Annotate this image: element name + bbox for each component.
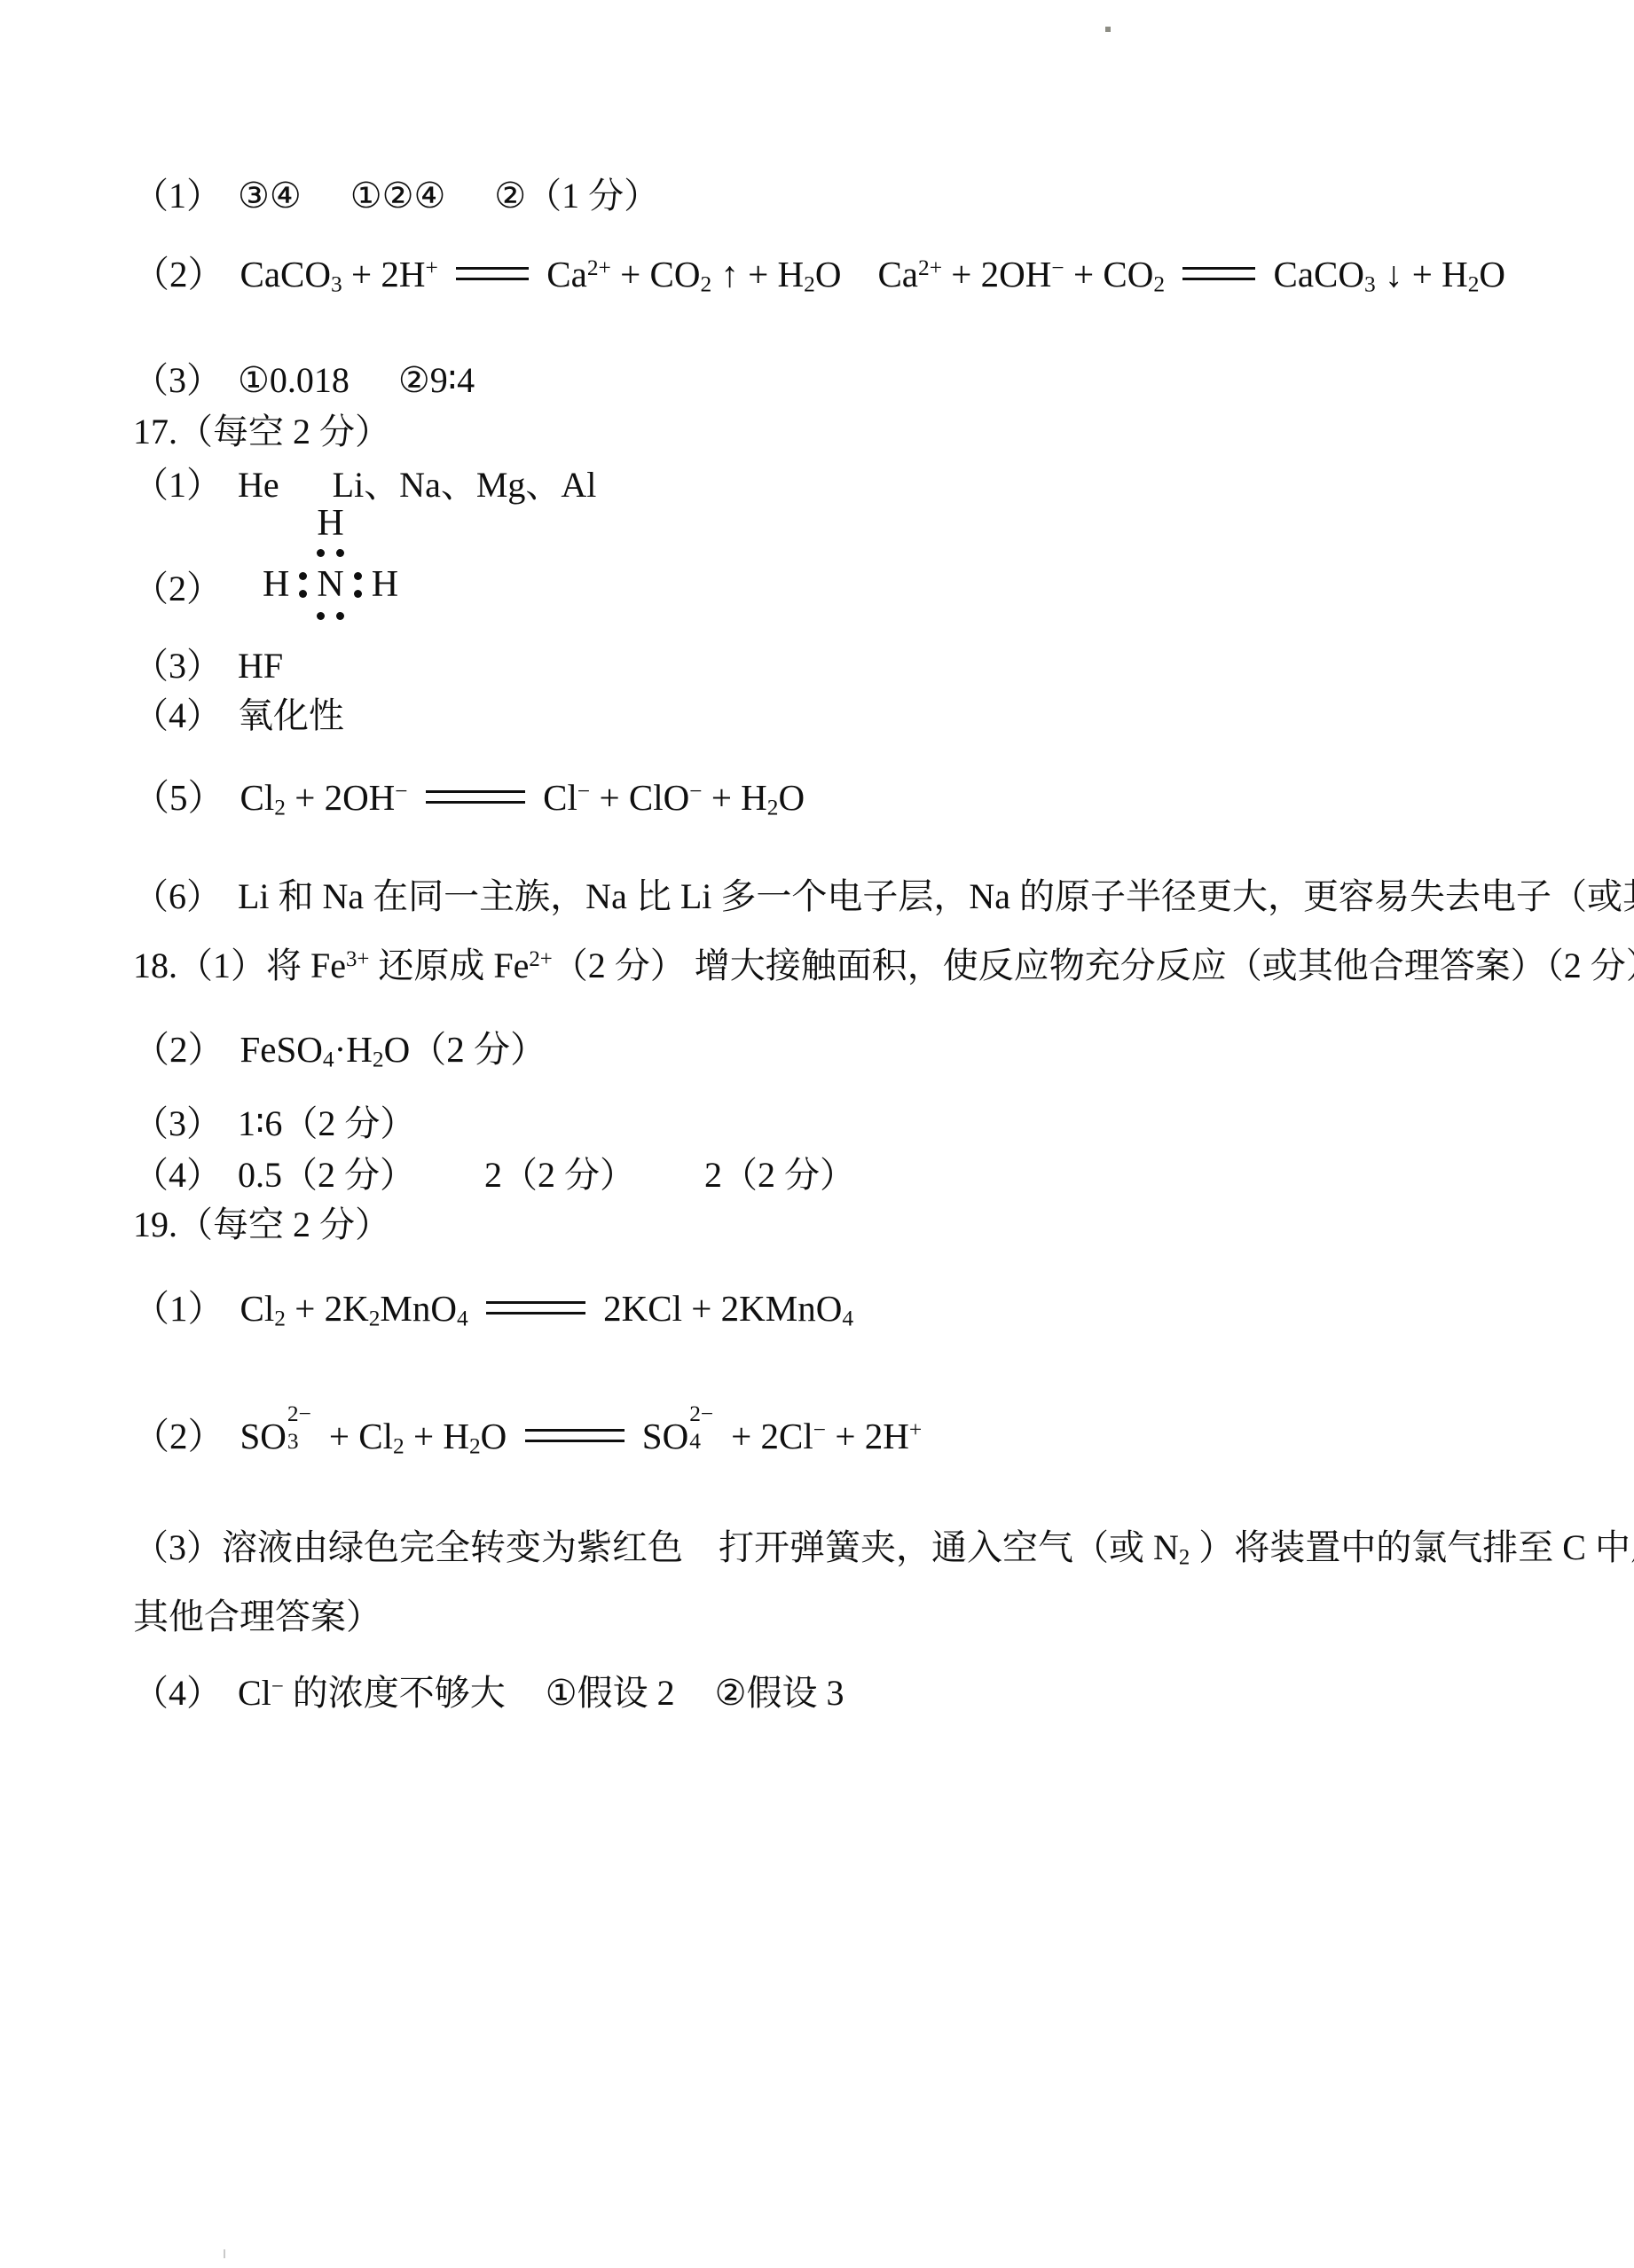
answer-part: Li、Na、Mg、Al xyxy=(333,463,597,507)
item-label: （2） xyxy=(133,571,222,607)
ans-17-3: （3）HF xyxy=(133,644,283,688)
ans-18-4: （4）0.5（2 分）2（2 分）2（2 分） xyxy=(133,1153,855,1197)
item-label: （1） xyxy=(133,465,222,505)
item-label: （4） xyxy=(133,695,222,735)
answer-part: 2（2 分） xyxy=(704,1153,855,1197)
lewis-structure-nh3: H H N H xyxy=(263,502,398,624)
ans-16-3: （3）①0.018②9∶4 xyxy=(133,358,475,403)
chemical-equation: CaCO3 + 2H+ Ca2+ + CO2 ↑ + H2O Ca2+ + 2O… xyxy=(240,254,1506,294)
chemical-equation: Cl2 + 2K2MnO4 2KCl + 2KMnO4 xyxy=(240,1288,854,1329)
item-label: （1） xyxy=(133,176,222,216)
ans-18-3: （3）1∶6（2 分） xyxy=(133,1102,415,1146)
item-label: （3） xyxy=(133,1103,222,1143)
heading-19: 19.（每空 2 分） xyxy=(133,1203,390,1247)
lewis-right-atom: H xyxy=(372,566,398,603)
ans-17-4: （4）氧化性 xyxy=(133,694,344,738)
ans-19-3-line2: 其他合理答案） xyxy=(133,1595,381,1639)
lone-pair-dots-bottom-icon xyxy=(317,612,344,620)
answer-text: （3）溶液由绿色完全转变为紫红色 打开弹簧夹，通入空气（或 N2 ）将装置中的氯… xyxy=(133,1527,1634,1567)
answer-part: ②假设 3 xyxy=(715,1671,844,1715)
item-label: （2） xyxy=(133,254,224,294)
answer-part: ①0.018 xyxy=(238,358,350,403)
ans-17-6: （6）Li 和 Na 在同一主族，Na 比 Li 多一个电子层，Na 的原子半径… xyxy=(133,875,1634,919)
ans-17-5-equation: （5）Cl2 + 2OH− Cl− + ClO− + H2O xyxy=(133,775,805,820)
answer-part: ②（1 分） xyxy=(494,174,659,218)
lewis-center-atom: N xyxy=(317,566,343,603)
ans-17-1: （1）HeLi、Na、Mg、Al xyxy=(133,463,596,507)
answer-part: 2（2 分） xyxy=(484,1153,635,1197)
answer-text: Li 和 Na 在同一主族，Na 比 Li 多一个电子层，Na 的原子半径更大，… xyxy=(238,876,1634,916)
item-label: （2） xyxy=(133,1029,224,1070)
answer-part: 0.5（2 分） xyxy=(238,1153,415,1197)
ans-18-2: （2）FeSO4·H2O（2 分） xyxy=(133,1027,546,1072)
scan-artifact-dot xyxy=(1105,27,1111,32)
item-label: （2） xyxy=(133,1416,224,1456)
double-line-equals-icon xyxy=(1182,267,1255,280)
item-label: （4） xyxy=(133,1673,222,1713)
answer-part: ①假设 2 xyxy=(546,1671,675,1715)
ans-17-2-lewis-structure: （2） H H N H xyxy=(133,502,398,624)
chemical-formula: FeSO4·H2O（2 分） xyxy=(240,1029,546,1070)
item-label: （4） xyxy=(133,1155,222,1195)
answer-part: ②9∶4 xyxy=(398,358,475,403)
ans-19-3-line1: （3）溶液由绿色完全转变为紫红色 打开弹簧夹，通入空气（或 N2 ）将装置中的氯… xyxy=(133,1526,1634,1570)
ans-19-1-equation: （1）Cl2 + 2K2MnO4 2KCl + 2KMnO4 xyxy=(133,1286,853,1331)
question-number: 17.（每空 2 分） xyxy=(133,412,390,451)
chemical-equation: Cl2 + 2OH− Cl− + ClO− + H2O xyxy=(240,777,805,818)
answer-part: Cl− 的浓度不够大 xyxy=(238,1671,506,1715)
answer-part: ③④ xyxy=(238,174,302,218)
answer-text: 18.（1）将 Fe3+ 还原成 Fe2+（2 分） 增大接触面积，使反应物充分… xyxy=(133,946,1634,985)
ans-16-1: （1）③④①②④②（1 分） xyxy=(133,174,659,218)
item-label: （6） xyxy=(133,876,222,916)
bond-pair-dots-left-icon xyxy=(299,572,307,598)
answer-sheet-page: （1）③④①②④②（1 分） （2）CaCO3 + 2H+ Ca2+ + CO2… xyxy=(0,0,1634,2268)
item-label: （5） xyxy=(133,777,224,818)
item-label: （3） xyxy=(133,360,222,400)
answer-text: 其他合理答案） xyxy=(133,1597,381,1636)
double-line-equals-icon xyxy=(426,790,525,804)
double-line-equals-icon xyxy=(456,267,529,280)
stacked-charge-subscript: 2−3 xyxy=(287,1414,320,1450)
ans-19-2-equation: （2）SO2−3 + Cl2 + H2O SO2−4 + 2Cl− + 2H+ xyxy=(133,1414,922,1459)
ans-19-4: （4）Cl− 的浓度不够大①假设 2②假设 3 xyxy=(133,1671,844,1715)
ans-16-2-equations: （2）CaCO3 + 2H+ Ca2+ + CO2 ↑ + H2O Ca2+ +… xyxy=(133,252,1505,297)
item-label: （1） xyxy=(133,1288,224,1329)
answer-text: HF xyxy=(238,646,283,686)
answer-text: 1∶6（2 分） xyxy=(238,1103,415,1143)
bond-pair-dots-right-icon xyxy=(354,572,362,598)
scan-artifact-tick xyxy=(224,2249,225,2258)
ans-18-1: 18.（1）将 Fe3+ 还原成 Fe2+（2 分） 增大接触面积，使反应物充分… xyxy=(133,944,1634,988)
bond-pair-dots-top-icon xyxy=(317,549,344,557)
lewis-left-atom: H xyxy=(263,566,289,603)
stacked-charge-subscript: 2−4 xyxy=(688,1414,722,1450)
lewis-top-atom: H xyxy=(317,502,343,545)
double-line-equals-icon xyxy=(486,1301,585,1314)
answer-part: He xyxy=(238,463,279,507)
question-number: 19.（每空 2 分） xyxy=(133,1205,390,1244)
answer-text: 氧化性 xyxy=(238,695,344,735)
answer-part: ①②④ xyxy=(350,174,446,218)
item-label: （3） xyxy=(133,646,222,686)
double-line-equals-icon xyxy=(525,1429,625,1442)
chemical-equation: SO2−3 + Cl2 + H2O SO2−4 + 2Cl− + 2H+ xyxy=(240,1416,923,1456)
heading-17: 17.（每空 2 分） xyxy=(133,410,390,454)
